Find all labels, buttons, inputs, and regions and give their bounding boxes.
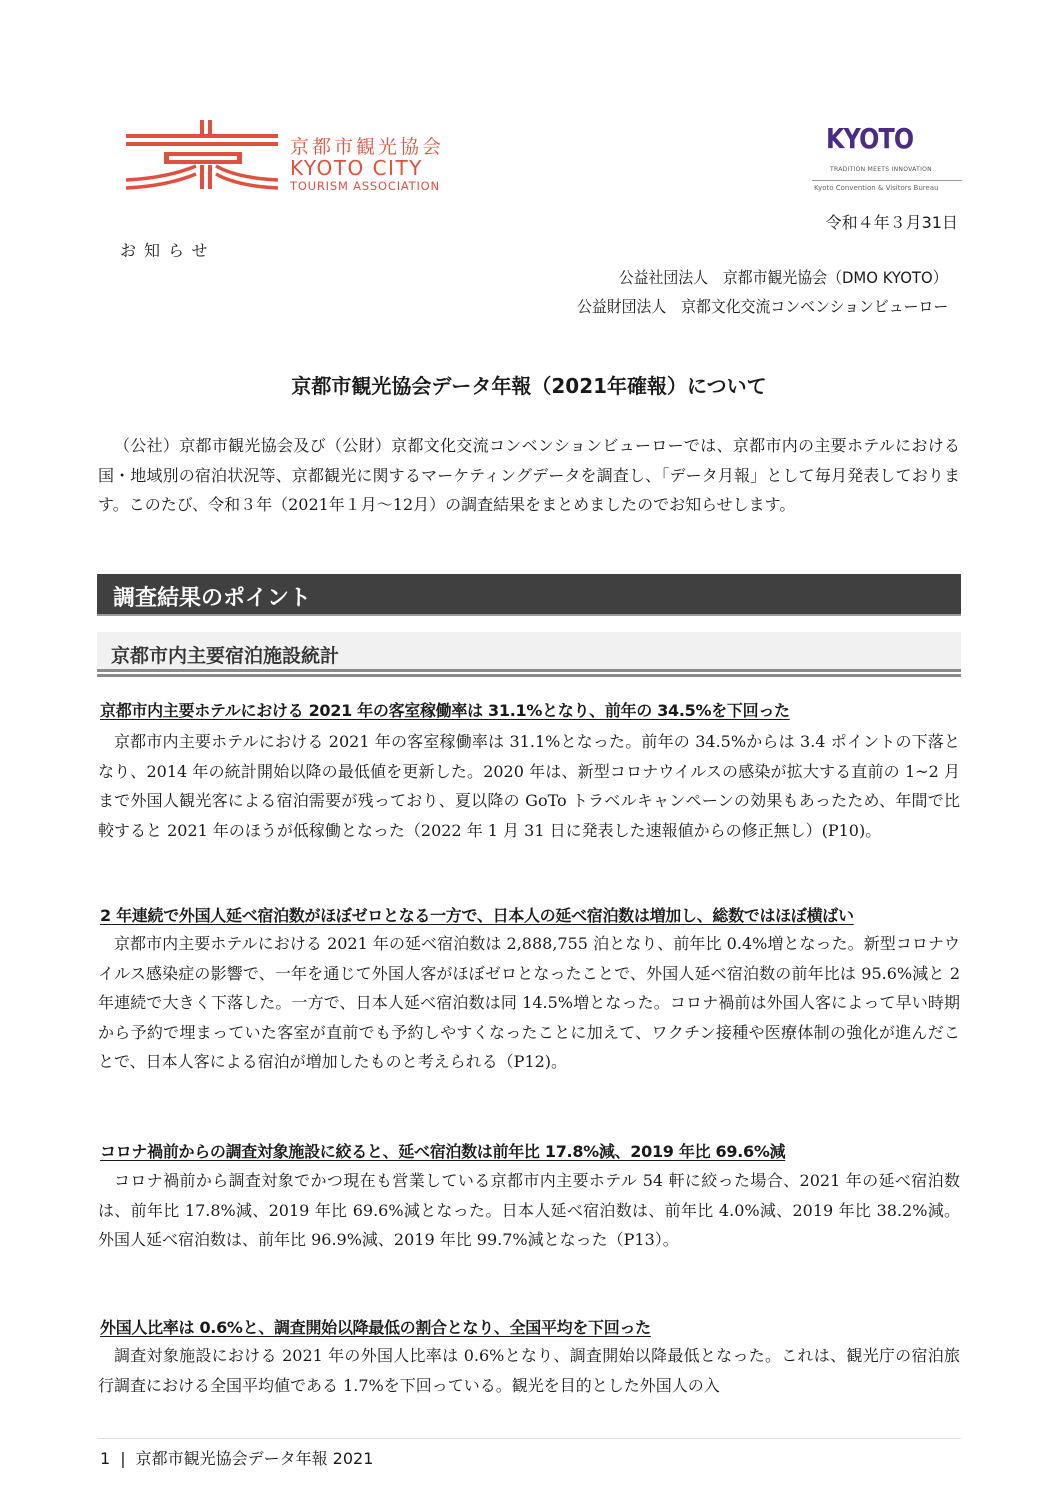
- section-banner: 調査結果のポイント: [97, 574, 961, 616]
- issuer-association: 公益社団法人 京都市観光協会（DMO KYOTO）: [619, 265, 948, 288]
- section-title: 調査結果のポイント: [113, 581, 311, 612]
- document-title: 京都市観光協会データ年報（2021年確報）について: [0, 370, 1058, 399]
- logo-tagline: TRADITION MEETS INNOVATION: [830, 166, 932, 173]
- point-heading-foreign-ratio: 外国人比率は 0.6%と、調査開始以降最低の割合となり、全国平均を下回った: [100, 1315, 651, 1338]
- kyoto-convention-bureau-logo: KYOTO TRADITION MEETS INNOVATION Kyoto C…: [800, 118, 960, 200]
- kyoto-emblem-icon: [122, 118, 282, 194]
- page-footer: 1|京都市観光協会データ年報 2021: [100, 1446, 373, 1469]
- point-body-guest-nights: 京都市内主要ホテルにおける 2021 年の延べ宿泊数は 2,888,755 泊と…: [98, 929, 960, 1077]
- footer-label: 京都市観光協会データ年報 2021: [136, 1449, 374, 1468]
- intro-paragraph: （公社）京都市観光協会及び（公財）京都文化交流コンベンションビューローでは、京都…: [98, 431, 960, 520]
- logo-divider: [812, 180, 962, 181]
- kyoto-city-tourism-association-logo: 京都市観光協会 KYOTO CITY TOURISM ASSOCIATION: [118, 118, 478, 194]
- point-body-foreign-ratio: 調査対象施設における 2021 年の外国人比率は 0.6%となり、調査開始以降最…: [98, 1341, 960, 1400]
- divider-line: [97, 674, 961, 677]
- logo-bureau-name: Kyoto Convention & Visitors Bureau: [814, 184, 939, 192]
- subsection-divider: [97, 669, 961, 677]
- page-number: 1: [100, 1449, 110, 1468]
- point-heading-guest-nights: 2 年連続で外国人延べ宿泊数がほぼゼロとなる一方で、日本人の延べ宿泊数は増加し、…: [100, 903, 854, 926]
- kyoto-wordmark: KYOTO: [826, 122, 913, 155]
- logo-subtitle-en: TOURISM ASSOCIATION: [290, 179, 440, 193]
- notice-label: お知らせ: [120, 238, 216, 261]
- logo-name-en: KYOTO CITY: [290, 156, 423, 180]
- logo-name-ja: 京都市観光協会: [290, 132, 444, 159]
- issuer-convention-bureau: 公益財団法人 京都文化交流コンベンションビューロー: [577, 294, 948, 317]
- point-body-pre-covid-facilities: コロナ禍前から調査対象でかつ現在も営業している京都市内主要ホテル 54 軒に絞っ…: [98, 1166, 960, 1255]
- subsection-banner: 京都市内主要宿泊施設統計: [97, 632, 961, 672]
- point-heading-pre-covid-facilities: コロナ禍前からの調査対象施設に絞ると、延べ宿泊数は前年比 17.8%減、2019…: [100, 1139, 785, 1162]
- footer-separator: |: [120, 1449, 125, 1468]
- subsection-title: 京都市内主要宿泊施設統計: [111, 641, 339, 668]
- footer-divider: [97, 1438, 961, 1439]
- point-heading-occupancy: 京都市内主要ホテルにおける 2021 年の客室稼働率は 31.1%となり、前年の…: [100, 698, 790, 721]
- publish-date: 令和４年３月31日: [826, 210, 958, 233]
- point-body-occupancy: 京都市内主要ホテルにおける 2021 年の客室稼働率は 31.1%となった。前年…: [98, 727, 960, 845]
- divider-line: [97, 669, 961, 672]
